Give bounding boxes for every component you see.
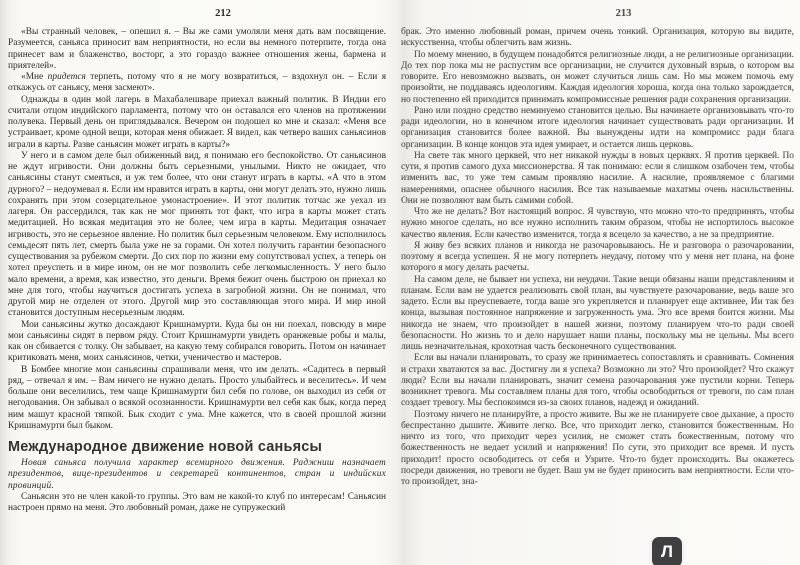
page-number-right: 213	[427, 8, 800, 20]
paragraph: Саньясин это не член какой-то группы. Эт…	[8, 492, 386, 515]
page-right: 213 брак. Это именно любовный роман, при…	[401, 8, 794, 488]
emphasized-word: придется	[48, 72, 86, 82]
paragraph: Я живу без всяких планов и никогда не ра…	[401, 241, 794, 275]
paragraph: В Бомбее многие мои саньясины спрашивали…	[8, 365, 386, 433]
paragraph: На свете так много церквей, что нет ника…	[401, 151, 794, 207]
paragraph: Мои саньясины жутко досаждают Кришнамурт…	[8, 320, 386, 365]
paragraph: Если вы начали планировать, то сразу же …	[401, 353, 794, 409]
paragraph: Поэтому ничего не планируйте, а просто ж…	[401, 410, 794, 489]
section-lead-italic: Новая саньяса получила характер всемирно…	[8, 458, 386, 492]
paragraph: Рано или поздно средство неминуемо стано…	[401, 106, 794, 151]
paragraph: На самом деле, не бывает ни успеха, ни н…	[401, 275, 794, 354]
paragraph: «Вы странный человек, – опешил я. – Вы ж…	[8, 27, 386, 72]
paragraph-text: «Мне	[21, 72, 48, 82]
paragraph: брак. Это именно любовный роман, причем …	[401, 27, 794, 50]
labirint-watermark-icon: Л	[652, 537, 682, 565]
paragraph: По моему мнению, в будущем понадобятся р…	[401, 50, 794, 106]
paragraph: Что же не делать? Вот настоящий вопрос. …	[401, 207, 794, 241]
book-spread: 212 «Вы странный человек, – опешил я. – …	[0, 0, 800, 565]
paragraph: Однажды в один мой лагерь в Махабалешвар…	[8, 95, 386, 151]
page-number-left: 212	[34, 8, 412, 20]
page-left: 212 «Вы странный человек, – опешил я. – …	[8, 8, 386, 514]
paragraph: «Мне придется терпеть, потому что я не м…	[8, 72, 386, 95]
paragraph: У него и в самом деле был обиженный вид,…	[8, 151, 386, 320]
section-heading: Международное движение новой саньясы	[8, 439, 386, 455]
